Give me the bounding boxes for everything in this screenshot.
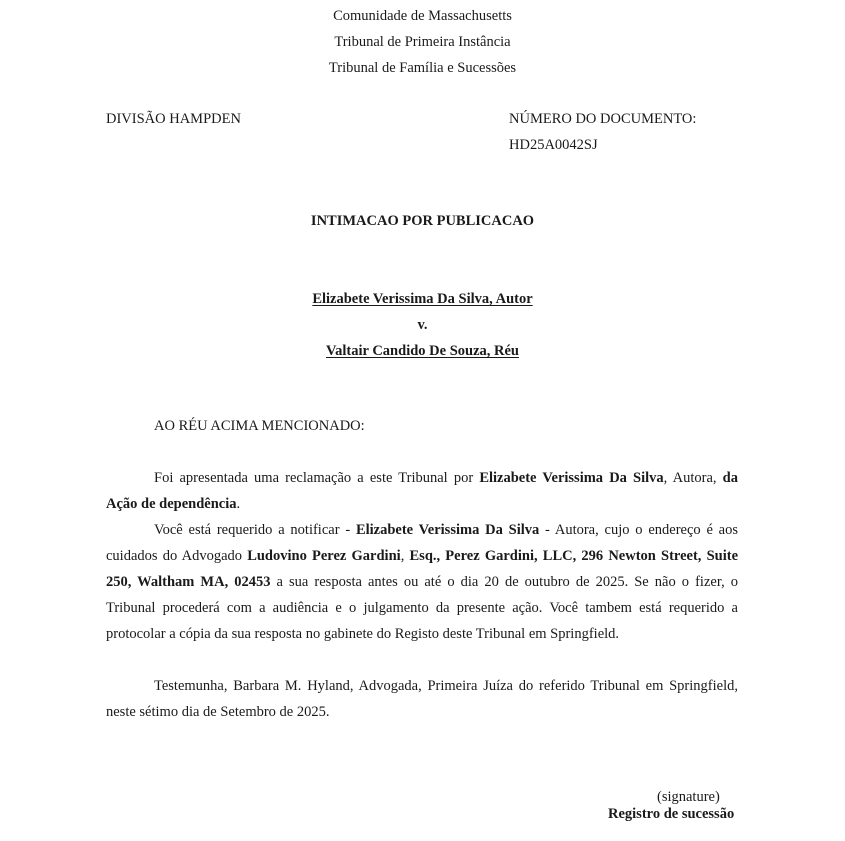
case-caption-versus: v.	[0, 317, 845, 334]
attorney-name: Ludovino Perez Gardini	[247, 548, 401, 564]
plaintiff-name-bold: Elizabete Verissima Da Silva	[479, 470, 663, 486]
case-caption-plaintiff: Elizabete Verissima Da Silva, Autor	[0, 291, 845, 308]
case-caption-defendant: Valtair Candido De Souza, Réu	[0, 343, 845, 360]
document-number-label: NÚMERO DO DOCUMENTO:	[509, 111, 696, 128]
document-title: INTIMACAO POR PUBLICACAO	[0, 213, 845, 230]
header-trial-court: Tribunal de Primeira Instância	[0, 34, 845, 51]
division-name: DIVISÃO HAMPDEN	[106, 111, 241, 128]
document-number-value: HD25A0042SJ	[509, 137, 598, 154]
plaintiff-name-bold: Elizabete Verissima Da Silva	[356, 522, 539, 538]
signature-title: Registro de sucessão	[608, 806, 734, 823]
salutation: AO RÉU ACIMA MENCIONADO:	[154, 418, 365, 435]
defendant-name: Valtair Candido De Souza, Réu	[326, 343, 519, 359]
signature-placeholder: (signature)	[657, 789, 720, 806]
plaintiff-name: Elizabete Verissima Da Silva, Autor	[312, 291, 532, 307]
witness-paragraph: Testemunha, Barbara M. Hyland, Advogada,…	[106, 673, 738, 725]
header-commonwealth: Comunidade de Massachusetts	[0, 8, 845, 25]
complaint-paragraph: Foi apresentada uma reclamação a este Tr…	[106, 465, 738, 517]
notice-paragraph: Você está requerido a notificar - Elizab…	[106, 517, 738, 647]
header-probate-court: Tribunal de Família e Sucessões	[0, 60, 845, 77]
